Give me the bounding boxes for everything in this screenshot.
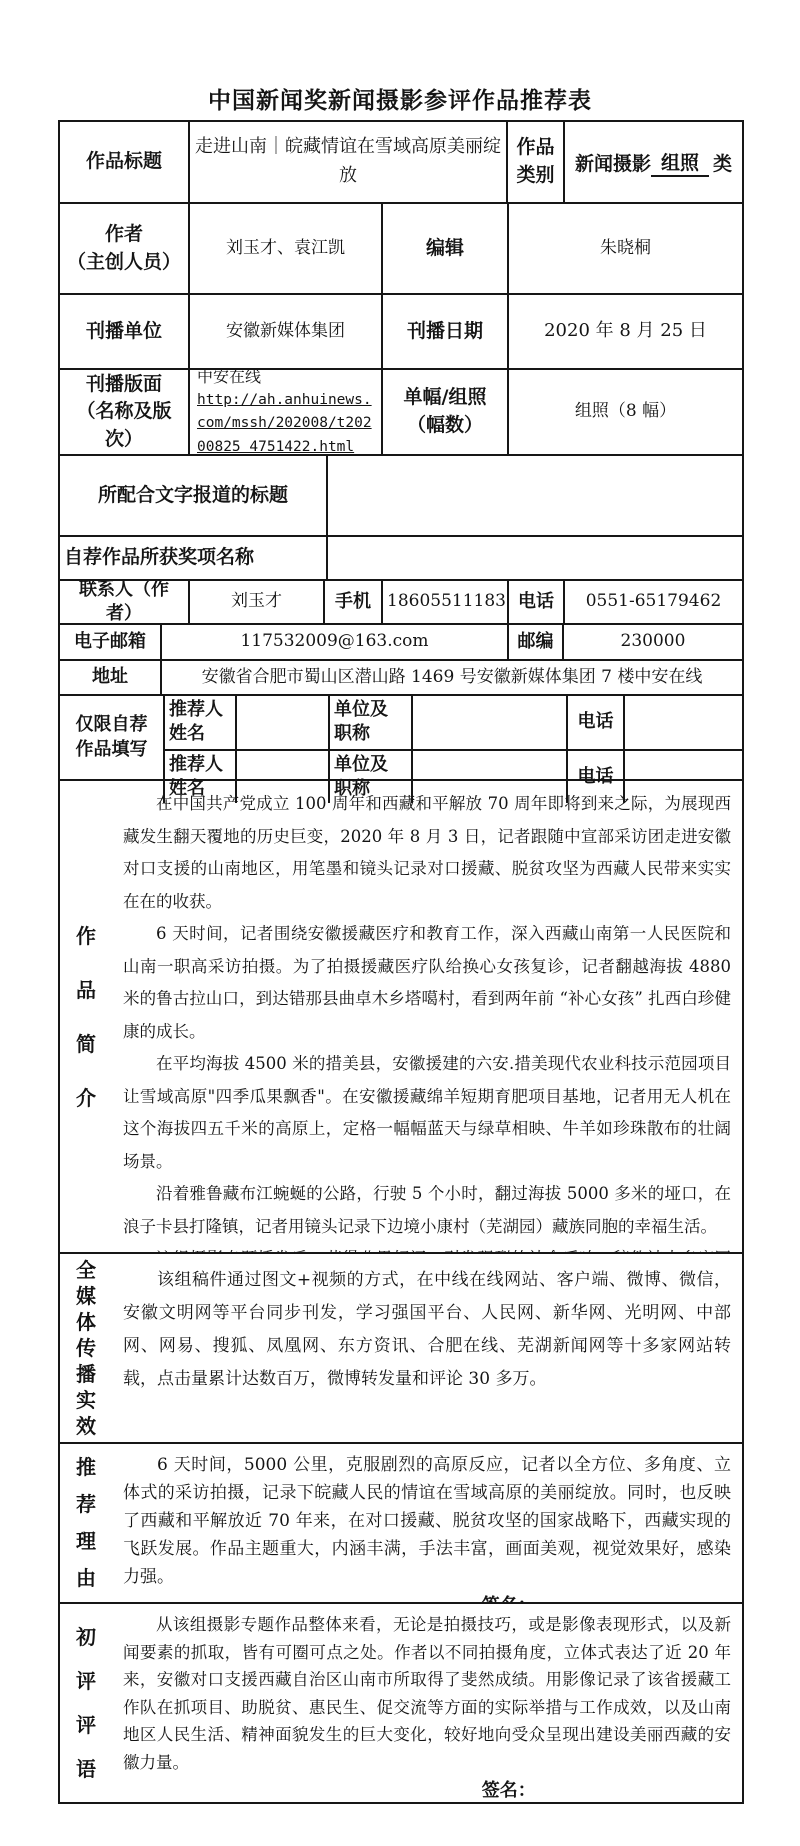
intro-paragraph: 沿着雅鲁藏布江蜿蜒的公路，行驶 5 个小时，翻过海拔 5000 多米的垭口，在浪…	[123, 1178, 731, 1243]
self-award-label: 自荐作品所获奖项名称	[60, 537, 326, 579]
self-award-value	[326, 537, 742, 579]
review-content: 从该组摄影专题作品整体来看，无论是拍摄技巧，或是影像表现形式，以及新闻要素的抓取…	[112, 1604, 742, 1802]
review-sign-label: 签名：	[482, 1776, 731, 1802]
publish-page-value: 中安在线 http://ah.anhuinews.com/mssh/202008…	[188, 370, 381, 454]
page-title: 中国新闻奖新闻摄影参评作品推荐表	[0, 82, 800, 115]
recommendation-content: 6 天时间，5000 公里，克服剧烈的高原反应，记者以全方位、多角度、立体式的采…	[112, 1444, 742, 1602]
publish-org-row: 刊播单位 安徽新媒体集团 刊播日期 2020 年 8 月 25 日	[60, 293, 742, 368]
media-effect-section: 全媒体传播实效 该组稿件通过图文+视频的方式，在中线在线网站、客户端、微博、微信…	[60, 1252, 742, 1442]
work-title-value: 走进山南｜皖藏情谊在雪域高原美丽绽放	[188, 122, 506, 202]
postcode-value: 230000	[562, 625, 742, 659]
recommendation-label-cell: 推荐理由	[60, 1444, 112, 1602]
email-label: 电子邮箱	[60, 625, 160, 659]
category-prefix: 新闻摄影	[575, 149, 651, 176]
publish-org-label: 刊播单位	[60, 295, 188, 368]
postcode-label: 邮编	[507, 625, 562, 659]
media-effect-paragraph: 该组稿件通过图文+视频的方式，在中线在线网站、客户端、微博、微信，安徽文明网等平…	[123, 1264, 731, 1396]
review-paragraph: 从该组摄影专题作品整体来看，无论是拍摄技巧，或是影像表现形式，以及新闻要素的抓取…	[123, 1611, 731, 1776]
review-label-cell: 初评评语	[60, 1604, 112, 1802]
intro-section-content: 在中国共产党成立 100 周年和西藏和平解放 70 周年即将到来之际，为展现西藏…	[112, 781, 742, 1252]
phone-label: 电话	[507, 581, 563, 623]
address-label: 地址	[60, 661, 160, 694]
contact-label: 联系人（作 者）	[60, 581, 188, 623]
text-report-title-label: 所配合文字报道的标题	[60, 456, 326, 535]
phone-value: 0551-65179462	[563, 581, 742, 623]
contact-value: 刘玉才	[188, 581, 323, 623]
self-recommend-row: 仅限自荐 作品填写 推荐人 姓名 单位及 职称 电话 推荐人 姓名 单位及 职称…	[60, 694, 742, 779]
recommendation-section: 推荐理由 6 天时间，5000 公里，克服剧烈的高原反应，记者以全方位、多角度、…	[60, 1442, 742, 1602]
intro-section: 作品简介 在中国共产党成立 100 周年和西藏和平解放 70 周年即将到来之际，…	[60, 779, 742, 1252]
publish-page-name: 中安在线	[197, 370, 261, 389]
work-title-row: 作品标题 走进山南｜皖藏情谊在雪域高原美丽绽放 作品 类别 新闻摄影 组照 类	[60, 122, 742, 202]
contact-row: 联系人（作 者） 刘玉才 手机 18605511183 电话 0551-6517…	[60, 579, 742, 623]
address-row: 地址 安徽省合肥市蜀山区潜山路 1469 号安徽新媒体集团 7 楼中安在线	[60, 659, 742, 694]
recommender-name-label: 推荐人 姓名	[163, 696, 235, 749]
self-recommend-subrow-1: 推荐人 姓名 单位及 职称 电话	[163, 696, 742, 749]
intro-paragraph: 在中国共产党成立 100 周年和西藏和平解放 70 周年即将到来之际，为展现西藏…	[123, 788, 731, 918]
recommender-name-value	[235, 696, 328, 749]
publish-page-url: http://ah.anhuinews.com/mssh/202008/t202…	[197, 389, 374, 454]
text-report-title-row: 所配合文字报道的标题	[60, 454, 742, 535]
media-effect-label: 全媒体传播实效	[75, 1257, 98, 1439]
publish-date-label: 刊播日期	[381, 295, 507, 368]
self-award-row: 自荐作品所获奖项名称	[60, 535, 742, 579]
email-row: 电子邮箱 117532009@163.com 邮编 230000	[60, 623, 742, 659]
photo-count-value: 组照（8 幅）	[507, 370, 742, 454]
mobile-label: 手机	[323, 581, 381, 623]
review-section: 初评评语 从该组摄影专题作品整体来看，无论是拍摄技巧，或是影像表现形式，以及新闻…	[60, 1602, 742, 1802]
recommender-org-label: 单位及 职称	[328, 696, 411, 749]
work-title-label: 作品标题	[60, 122, 188, 202]
media-effect-content: 该组稿件通过图文+视频的方式，在中线在线网站、客户端、微博、微信，安徽文明网等平…	[112, 1254, 742, 1442]
address-value: 安徽省合肥市蜀山区潜山路 1469 号安徽新媒体集团 7 楼中安在线	[160, 661, 742, 694]
email-value: 117532009@163.com	[160, 625, 507, 659]
recommender-tel-value	[623, 696, 742, 749]
publish-date-value: 2020 年 8 月 25 日	[507, 295, 742, 368]
self-recommend-subrows: 推荐人 姓名 单位及 职称 电话 推荐人 姓名 单位及 职称 电话	[163, 696, 742, 779]
photo-count-label: 单幅/组照 （幅数）	[381, 370, 507, 454]
intro-section-label-cell: 作品简介	[60, 781, 112, 1252]
category-filled-value: 组照	[651, 148, 709, 177]
intro-paragraph: 在平均海拔 4500 米的措美县，安徽援建的六安.措美现代农业科技示范园项目让雪…	[123, 1048, 731, 1178]
author-row: 作者 （主创人员） 刘玉才、袁江凯 编辑 朱晓桐	[60, 202, 742, 293]
category-value: 新闻摄影 组照 类	[563, 122, 742, 202]
editor-value: 朱晓桐	[507, 204, 742, 293]
author-label: 作者 （主创人员）	[60, 204, 188, 293]
recommendation-paragraph: 6 天时间，5000 公里，克服剧烈的高原反应，记者以全方位、多角度、立体式的采…	[123, 1451, 731, 1591]
recommendation-form-table: 作品标题 走进山南｜皖藏情谊在雪域高原美丽绽放 作品 类别 新闻摄影 组照 类 …	[58, 120, 744, 1804]
review-label: 初评评语	[75, 1615, 98, 1791]
publish-page-row: 刊播版面 （名称及版次） 中安在线 http://ah.anhuinews.co…	[60, 368, 742, 454]
text-report-title-value	[326, 456, 742, 535]
author-value: 刘玉才、袁江凯	[188, 204, 381, 293]
category-suffix: 类	[713, 149, 732, 176]
intro-paragraph: 6 天时间，记者围绕安徽援藏医疗和教育工作，深入西藏山南第一人民医院和山南一职高…	[123, 918, 731, 1048]
publish-page-label: 刊播版面 （名称及版次）	[60, 370, 188, 454]
mobile-value: 18605511183	[381, 581, 507, 623]
editor-label: 编辑	[381, 204, 507, 293]
recommender-tel-label: 电话	[566, 696, 623, 749]
recommendation-sign-label: 签名：	[482, 1591, 731, 1602]
recommendation-label: 推荐理由	[75, 1449, 98, 1597]
recommender-org-value	[411, 696, 566, 749]
self-recommend-label: 仅限自荐 作品填写	[60, 696, 163, 779]
publish-org-value: 安徽新媒体集团	[188, 295, 381, 368]
intro-paragraph: 这组摄影专题播发后，获得业界好评，引发强烈的社会反响。稿件被十多家网站转载播发，…	[123, 1243, 731, 1252]
media-effect-label-cell: 全媒体传播实效	[60, 1254, 112, 1442]
intro-section-label: 作品简介	[75, 909, 98, 1125]
category-label: 作品 类别	[506, 122, 563, 202]
